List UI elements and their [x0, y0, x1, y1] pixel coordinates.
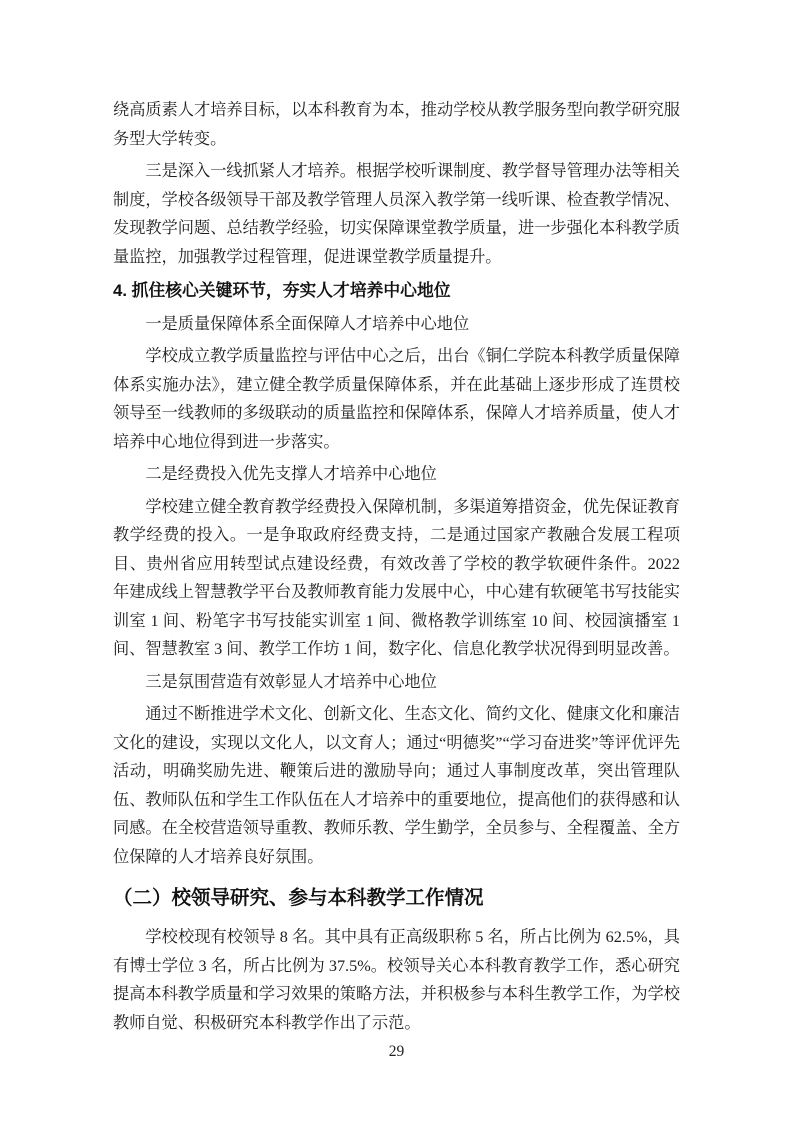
numbered-subheading: 4. 抓住核心关键环节，夯实人才培养中心地位 — [113, 277, 680, 306]
body-paragraph: 学校建立健全教育教学经费投入保障机制，多渠道筹措资金，优先保证教育教学经费的投入… — [113, 493, 680, 664]
body-paragraph: 学校成立教学质量监控与评估中心之后，出台《铜仁学院本科教学质量保障体系实施办法》… — [113, 342, 680, 456]
section-heading: （二）校领导研究、参与本科教学工作情况 — [113, 883, 680, 913]
page-number: 29 — [113, 1042, 680, 1062]
body-paragraph-continued: 绕高质素人才培养目标，以本科教育为本，推动学校从教学服务型向教学研究服务型大学转… — [113, 96, 680, 153]
body-paragraph: 学校校现有校领导 8 名。其中具有正高级职称 5 名，所占比例为 62.5%，具… — [113, 923, 680, 1037]
document-page: 绕高质素人才培养目标，以本科教育为本，推动学校从教学服务型向教学研究服务型大学转… — [0, 0, 793, 1122]
body-paragraph: 三是氛围营造有效彰显人才培养中心地位 — [113, 668, 680, 697]
body-paragraph: 二是经费投入优先支撑人才培养中心地位 — [113, 460, 680, 489]
body-paragraph: 一是质量保障体系全面保障人才培养中心地位 — [113, 310, 680, 339]
body-paragraph: 三是深入一线抓紧人才培养。根据学校听课制度、教学督导管理办法等相关制度，学校各级… — [113, 157, 680, 271]
body-paragraph: 通过不断推进学术文化、创新文化、生态文化、简约文化、健康文化和廉洁文化的建设，实… — [113, 700, 680, 871]
